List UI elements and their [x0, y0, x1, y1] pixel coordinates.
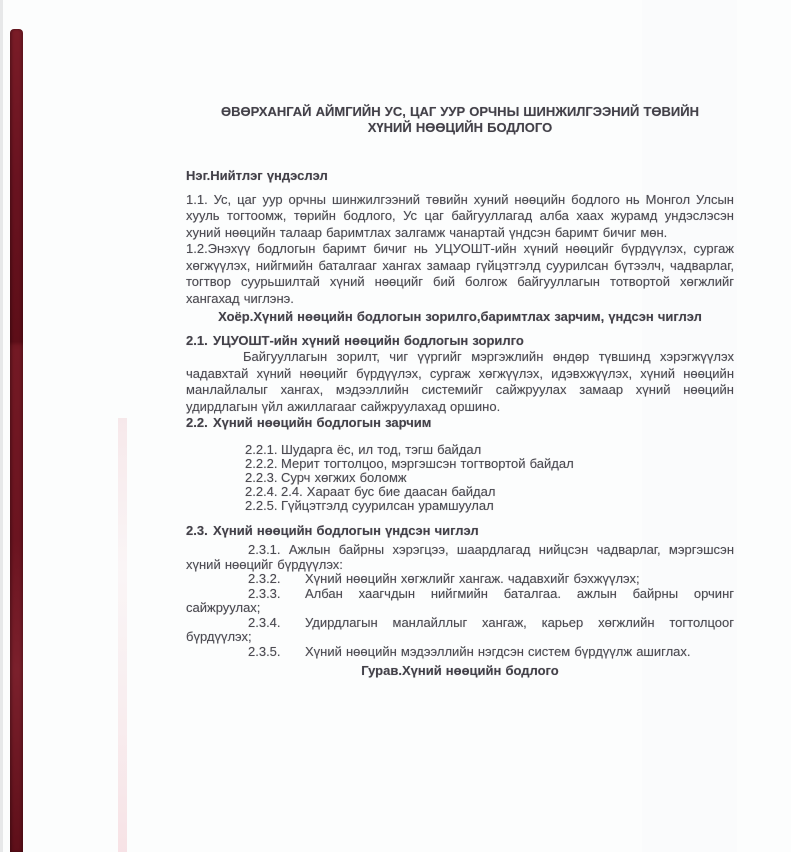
- heading-2-2-title: Хүний нөөцийн бодлогын зарчим: [213, 415, 431, 430]
- list-item: 2.2.1.Шударга ёс, ил тод, тэгш байдал: [186, 443, 734, 457]
- list-item: 2.2.3.Сурч хөгжих боломж: [186, 471, 734, 485]
- document-title-line2: ХҮНИЙ НӨӨЦИЙН БОДЛОГО: [186, 120, 734, 136]
- list-item: 2.2.4.2.4. Хараат бус бие даасан байдал: [186, 485, 734, 499]
- list-item: 2.3.1. Ажлын байрны хэрэгцээ, шаардлагад…: [186, 543, 734, 558]
- heading-2-1-title: УЦУОШТ-ийн хүний нөөцийн бодлогын зорилг…: [213, 333, 524, 348]
- list-item: 2.3.5.Хүний нөөцийн мэдээллийн нэгдсэн с…: [186, 645, 734, 660]
- list-item: 2.3.4.Удирдлагын манлайллыг хангаж, карь…: [186, 616, 734, 631]
- list-item-continuation: хүний нөөцийг бүрдүүлэх:: [186, 558, 734, 573]
- paragraph-1-2: 1.2.Энэхүү бодлогын баримт бичиг нь УЦУО…: [186, 241, 734, 307]
- heading-2-1: 2.1.УЦУОШТ-ийн хүний нөөцийн бодлогын зо…: [186, 333, 734, 350]
- heading-2-3: 2.3.Хүний нөөцийн бодлогын үндсэн чиглэл: [186, 523, 734, 540]
- scan-pink-streak-artifact: [118, 418, 127, 852]
- document-title-line1: ӨВӨРХАНГАЙ АЙМГИЙН УС, ЦАГ УУР ОРЧНЫ ШИН…: [186, 104, 734, 120]
- section-one-heading: Нэг.Нийтлэг үндэслэл: [186, 168, 734, 185]
- heading-2-2: 2.2.Хүний нөөцийн бодлогын зарчим: [186, 415, 734, 432]
- section-three-heading: Гурав.Хүний нөөцийн бодлого: [186, 663, 734, 680]
- principles-list: 2.2.1.Шударга ёс, ил тод, тэгш байдал 2.…: [186, 443, 734, 513]
- paragraph-1-1: 1.1. Ус, цаг уур орчны шинжилгээний төви…: [186, 192, 734, 242]
- red-binding-strip: [10, 29, 23, 852]
- list-item: 2.3.3.Албан хаагчдын нийгмийн баталгаа. …: [186, 587, 734, 602]
- list-item-continuation: бүрдүүлэх;: [186, 630, 734, 645]
- heading-2-3-number: 2.3.: [186, 523, 213, 540]
- list-item: 2.2.5.Гүйцэтгэлд суурилсан урамшуулал: [186, 499, 734, 513]
- list-item: 2.3.2.Хүний нөөцийн хөгжлийг хангаж. чад…: [186, 572, 734, 587]
- heading-2-3-title: Хүний нөөцийн бодлогын үндсэн чиглэл: [213, 523, 479, 538]
- scan-edge-line: [0, 0, 3, 852]
- scanned-document-page: ӨВӨРХАНГАЙ АЙМГИЙН УС, ЦАГ УУР ОРЧНЫ ШИН…: [0, 0, 791, 852]
- directions-list: 2.3.1. Ажлын байрны хэрэгцээ, шаардлагад…: [186, 543, 734, 659]
- list-item-continuation: сайжруулах;: [186, 601, 734, 616]
- section-two-heading: Хоёр.Хүний нөөцийн бодлогын зорилго,бари…: [186, 309, 734, 326]
- document-body: ӨВӨРХАНГАЙ АЙМГИЙН УС, ЦАГ УУР ОРЧНЫ ШИН…: [186, 104, 734, 680]
- paragraph-2-1: Байгууллагын зорилт, чиг үүргийг мэргэжл…: [186, 349, 734, 415]
- heading-2-1-number: 2.1.: [186, 333, 213, 350]
- heading-2-2-number: 2.2.: [186, 415, 213, 432]
- list-item: 2.2.2.Мерит тогтолцоо, мэргэшсэн тогтвор…: [186, 457, 734, 471]
